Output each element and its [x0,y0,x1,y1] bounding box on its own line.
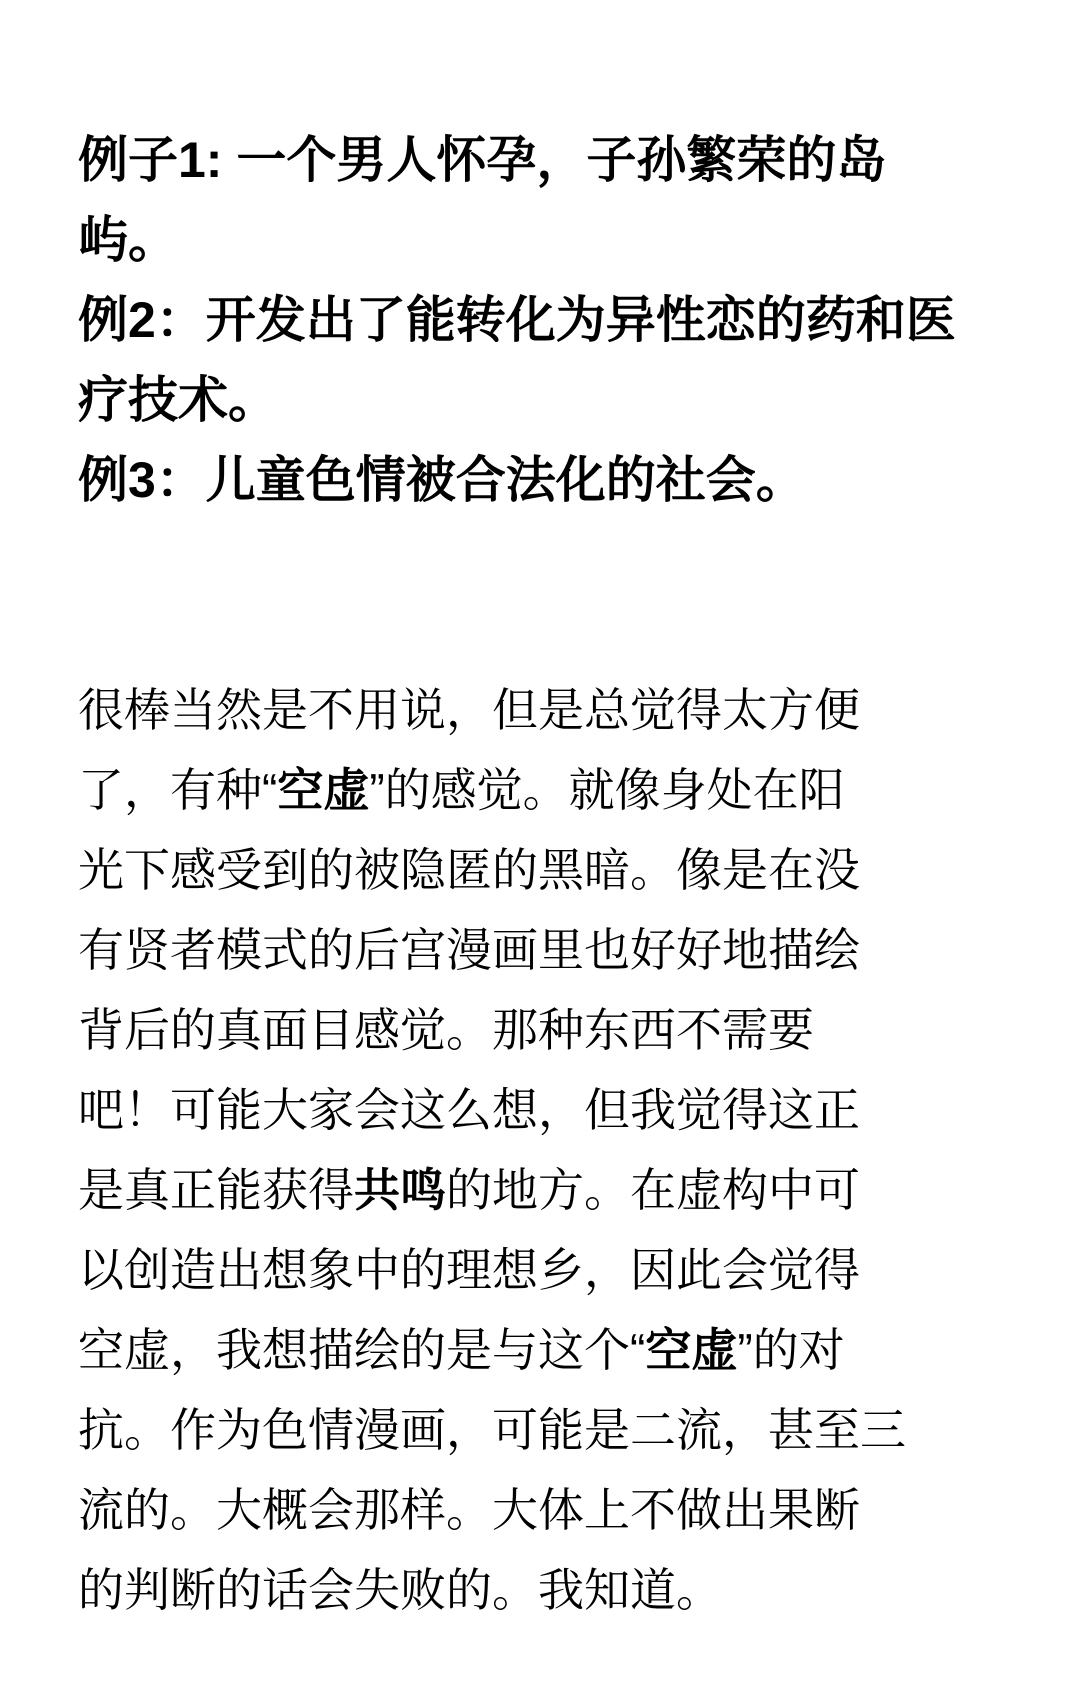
examples-list: 例子1: 一个男人怀孕，子孙繁荣的岛 屿。 例2：开发出了能转化为异性恋的药和医… [78,120,1060,520]
page: { "page": { "background_color": "#ffffff… [0,0,1080,1695]
commentary-paragraph: 很棒当然是不用说，但是总觉得太方便 了，有种“空虚”的感觉。就像身处在阳 光下感… [78,670,1060,1630]
article-text: 例子1: 一个男人怀孕，子孙繁荣的岛 屿。 例2：开发出了能转化为异性恋的药和医… [0,0,1080,1630]
